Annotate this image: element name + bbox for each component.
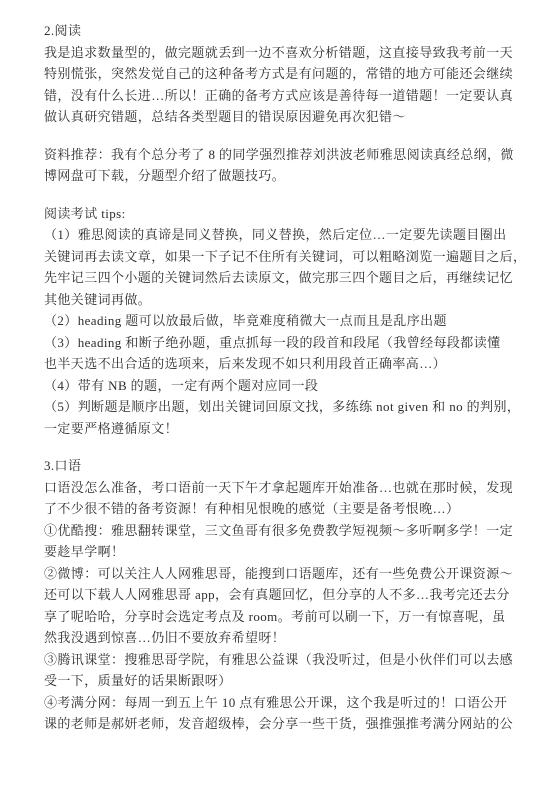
text-line: 其他关键词再做。 bbox=[44, 289, 508, 311]
text-line: 要趁早学啊！ bbox=[44, 541, 508, 563]
text-line: 关键词再去读文章，如果一下子记不住所有关键词，可以粗略浏览一遍题目之后， bbox=[44, 246, 508, 268]
text-line: 资料推荐：我有个总分考了 8 的同学强烈推荐刘洪波老师雅思阅读真经总纲，微 bbox=[44, 144, 508, 166]
text-line: 做认真研究错题，总结各类型题目的错误原因避免再次犯错～ bbox=[44, 106, 508, 128]
text-line: （4）带有 NB 的题，一定有两个题对应同一段 bbox=[44, 375, 508, 397]
reading-section: 2.阅读我是追求数量型的，做完题就丢到一边不喜欢分析错题，这直接导致我考前一天特… bbox=[44, 20, 508, 439]
text-line: 一定要严格遵循原文！ bbox=[44, 418, 508, 440]
text-line: （5）判断题是顺序出题，划出关键词回原文找，多练练 not given 和 no… bbox=[44, 396, 508, 418]
text-line: 阅读考试 tips: bbox=[44, 203, 508, 225]
text-line: 口语没怎么准备，考口语前一天下午才拿起题库开始准备…也就在那时候，发现 bbox=[44, 477, 508, 499]
text-line: 享了呢哈哈，分享时会选定考点及 room。考前可以刷一下，万一有惊喜呢，虽 bbox=[44, 606, 508, 628]
reading-section-heading: 2.阅读 bbox=[44, 20, 508, 42]
text-line: ①优酷搜：雅思翻转课堂，三文鱼哥有很多免费教学短视频～多听啊多学！一定 bbox=[44, 520, 508, 542]
text-line: （3）heading 和断子绝孙题，重点抓每一段的段首和段尾（我曾经每段都读懂 bbox=[44, 332, 508, 354]
text-line: 了不少很不错的备考资源！有种相见恨晚的感觉（主要是备考恨晚…） bbox=[44, 498, 508, 520]
document-page: 2.阅读我是追求数量型的，做完题就丢到一边不喜欢分析错题，这直接导致我考前一天特… bbox=[0, 0, 548, 800]
text-line: （2）heading 题可以放最后做，毕竟难度稍微大一点而且是乱序出题 bbox=[44, 310, 508, 332]
text-line: 课的老师是郝妍老师，发音超级棒，会分享一些干货，强推强推考满分网站的公 bbox=[44, 713, 508, 735]
text-line: 还可以下载人人网雅思哥 app，会有真题回忆，但分享的人不多…我考完还去分 bbox=[44, 584, 508, 606]
text-line: 博网盘可下载，分题型介绍了做题技巧。 bbox=[44, 165, 508, 187]
text-line: 然我没遇到惊喜…仍旧不要放弃希望呀！ bbox=[44, 627, 508, 649]
reading-intro-paragraph: 我是追求数量型的，做完题就丢到一边不喜欢分析错题，这直接导致我考前一天特别慌张，… bbox=[44, 42, 508, 128]
speaking-section: 3.口语口语没怎么准备，考口语前一天下午才拿起题库开始准备…也就在那时候，发现了… bbox=[44, 455, 508, 735]
text-line: 受一下，质量好的话果断跟呀） bbox=[44, 670, 508, 692]
text-line: 错，没有什么长进…所以！正确的备考方式应该是善待每一道错题！一定要认真 bbox=[44, 85, 508, 107]
reading-tips-paragraph: 阅读考试 tips:（1）雅思阅读的真谛是同义替换，同义替换，然后定位…一定要先… bbox=[44, 203, 508, 440]
text-line: 也半天选不出合适的选项来，后来发现不如只利用段首正确率高…） bbox=[44, 353, 508, 375]
text-line: 特别慌张，突然发觉自己的这种备考方式是有问题的，常错的地方可能还会继续 bbox=[44, 63, 508, 85]
speaking-section-heading: 3.口语 bbox=[44, 455, 508, 477]
text-line: ④考满分网：每周一到五上午 10 点有雅思公开课，这个我是听过的！口语公开 bbox=[44, 692, 508, 714]
speaking-resources-paragraph: 口语没怎么准备，考口语前一天下午才拿起题库开始准备…也就在那时候，发现了不少很不… bbox=[44, 477, 508, 735]
material-recommendation-paragraph: 资料推荐：我有个总分考了 8 的同学强烈推荐刘洪波老师雅思阅读真经总纲，微博网盘… bbox=[44, 144, 508, 187]
text-line: 先牢记三四个小题的关键词然后去读原文，做完那三四个题目之后，再继续记忆 bbox=[44, 267, 508, 289]
text-line: 我是追求数量型的，做完题就丢到一边不喜欢分析错题，这直接导致我考前一天 bbox=[44, 42, 508, 64]
text-line: ②微博：可以关注人人网雅思哥，能搜到口语题库，还有一些免费公开课资源～ bbox=[44, 563, 508, 585]
text-line: ③腾讯课堂：搜雅思哥学院，有雅思公益课（我没听过，但是小伙伴们可以去感 bbox=[44, 649, 508, 671]
document-body: 2.阅读我是追求数量型的，做完题就丢到一边不喜欢分析错题，这直接导致我考前一天特… bbox=[44, 20, 508, 735]
text-line: （1）雅思阅读的真谛是同义替换，同义替换，然后定位…一定要先读题目圈出 bbox=[44, 224, 508, 246]
